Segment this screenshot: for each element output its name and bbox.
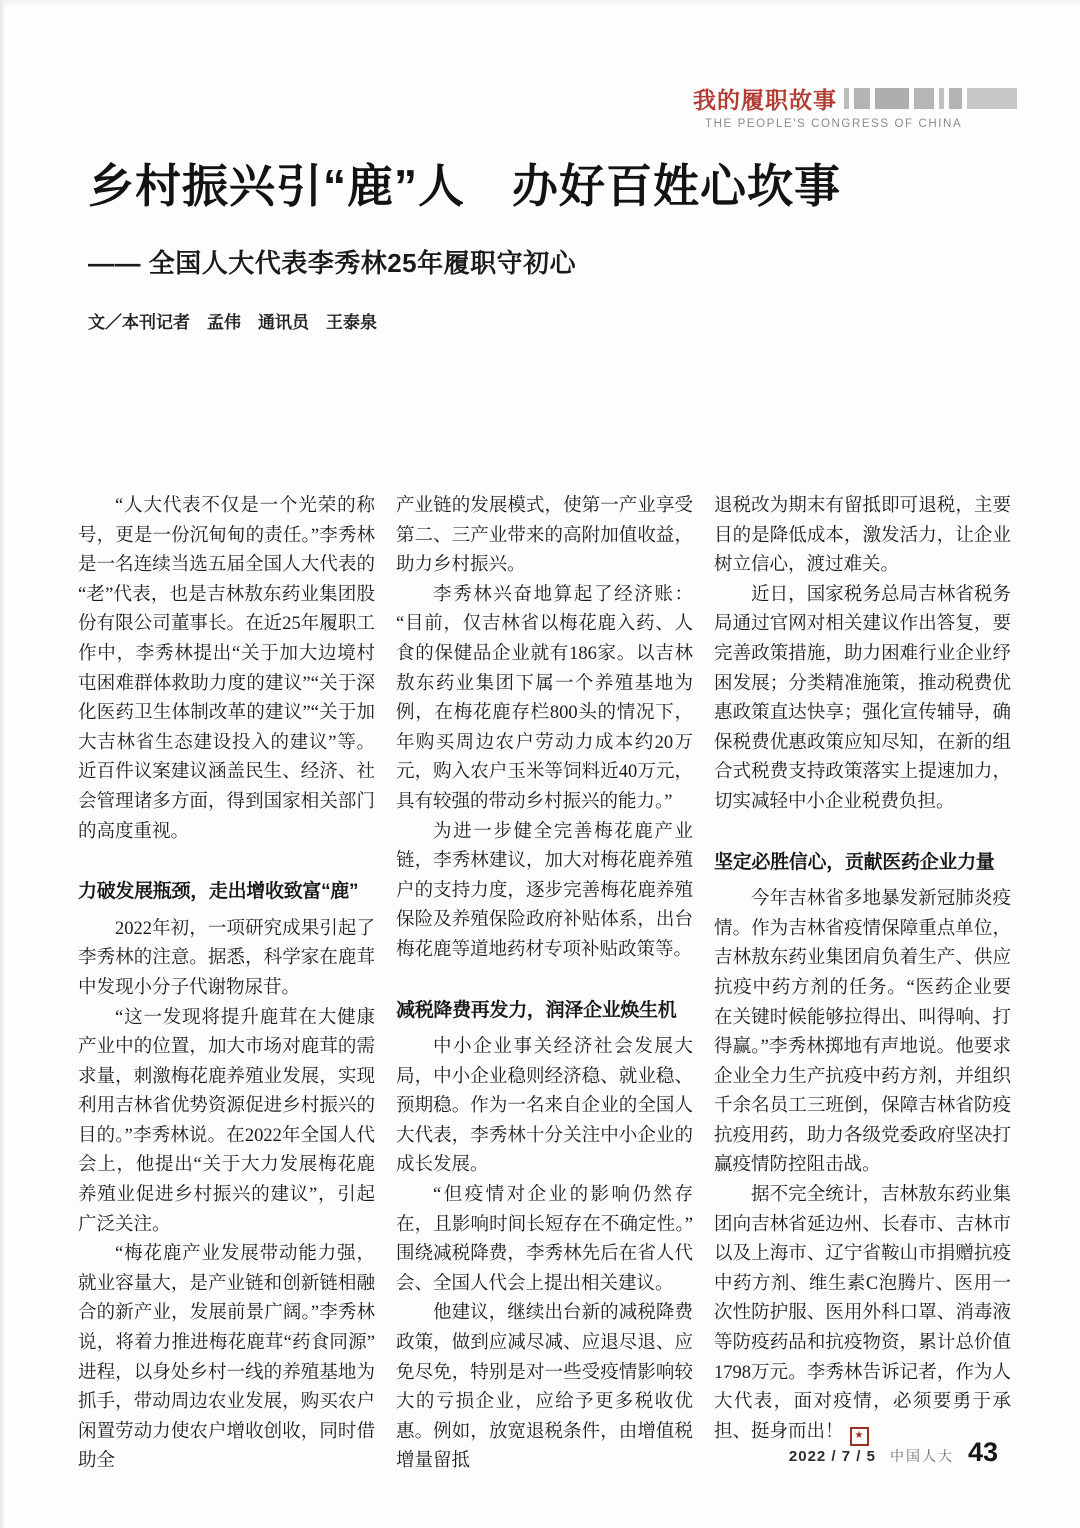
paragraph: 为进一步健全完善梅花鹿产业链，李秀林建议，加大对梅花鹿养殖户的支持力度，逐步完善… [396,818,693,966]
column-heading: 减税降费再发力，润泽企业焕生机 [396,996,693,1026]
page-footer: 2022 / 7 / 5 中国人大 43 [789,1437,998,1468]
decoration-bar [949,88,962,109]
magazine-page: 我的履职故事 THE PEOPLE'S CONGRESS OF CHINA 乡村… [0,0,1080,1528]
decoration-bar [875,88,909,109]
decoration-bar [914,88,934,109]
section-subtitle-en: THE PEOPLE'S CONGRESS OF CHINA [705,118,1022,130]
decoration-bar [844,88,849,109]
section-header-row: 我的履职故事 [693,82,1022,115]
decoration-bar [854,88,870,109]
paragraph: “这一发现将提升鹿茸在大健康产业中的位置，加大市场对鹿茸的需求量，刺激梅花鹿养殖… [78,1004,375,1241]
paragraph: “梅花鹿产业发展带动能力强，就业容量大，是产业链和创新链相融合的新产业，发展前景… [78,1240,375,1477]
decoration-bar [967,88,1017,109]
column-heading: 坚定必胜信心，贡献医药企业力量 [714,848,1011,878]
paragraph: 今年吉林省多地暴发新冠肺炎疫情。作为吉林省疫情保障重点单位，吉林敖东药业集团肩负… [714,885,1011,1181]
column-heading: 力破发展瓶颈，走出增收致富“鹿” [78,877,375,907]
article-title: 乡村振兴引“鹿”人 办好百姓心坎事 [88,150,841,216]
column-1: “人大代表不仅是一个光荣的称号，更是一份沉甸甸的责任。”李秀林是一名连续当选五届… [78,492,375,1477]
footer-date: 2022 / 7 / 5 [789,1448,876,1465]
footer-magazine-name: 中国人大 [890,1446,954,1466]
paragraph: “但疫情对企业的影响仍然存在，且影响时间长短存在不确定性。”围绕减税降费，李秀林… [396,1181,693,1299]
paragraph: 据不完全统计，吉林敖东药业集团向吉林省延边州、长春市、吉林市以及上海市、辽宁省鞍… [714,1181,1011,1447]
article-subtitle: —— 全国人大代表李秀林25年履职守初心 [88,243,576,280]
paragraph: 近日，国家税务总局吉林省税务局通过官网对相关建议作出答复，要完善政策措施，助力困… [714,581,1011,818]
paragraph: 退税改为期末有留抵即可退税，主要目的是降低成本，激发活力，让企业树立信心，渡过难… [714,492,1011,581]
scan-artifact-left [0,0,5,1528]
byline: 文／本刊记者 孟伟 通讯员 王泰泉 [88,308,377,333]
paragraph: 产业链的发展模式，使第一产业享受第二、三产业带来的高附加值收益，助力乡村振兴。 [396,492,693,581]
column-3: 退税改为期末有留抵即可退税，主要目的是降低成本，激发活力，让企业树立信心，渡过难… [714,492,1011,1477]
decoration-bar [939,88,944,109]
paragraph: 他建议，继续出台新的减税降费政策，做到应减尽减、应退尽退、应免尽免，特别是对一些… [396,1299,693,1477]
section-header: 我的履职故事 THE PEOPLE'S CONGRESS OF CHINA [693,82,1022,130]
column-2: 产业链的发展模式，使第一产业享受第二、三产业带来的高附加值收益，助力乡村振兴。李… [396,492,693,1477]
paragraph: 中小企业事关经济社会发展大局，中小企业稳则经济稳、就业稳、预期稳。作为一名来自企… [396,1033,693,1181]
paragraph: 李秀林兴奋地算起了经济账：“目前，仅吉林省以梅花鹿入药、人食的保健品企业就有18… [396,581,693,818]
article-body: “人大代表不仅是一个光荣的称号，更是一份沉甸甸的责任。”李秀林是一名连续当选五届… [78,492,1012,1477]
header-decoration-bars [844,88,1022,110]
scan-artifact-top [0,0,1080,8]
footer-page-number: 43 [968,1437,998,1468]
paragraph: “人大代表不仅是一个光荣的称号，更是一份沉甸甸的责任。”李秀林是一名连续当选五届… [78,492,375,847]
paragraph: 2022年初，一项研究成果引起了李秀林的注意。据悉，科学家在鹿茸中发现小分子代谢… [78,915,375,1004]
section-title: 我的履职故事 [693,82,837,115]
